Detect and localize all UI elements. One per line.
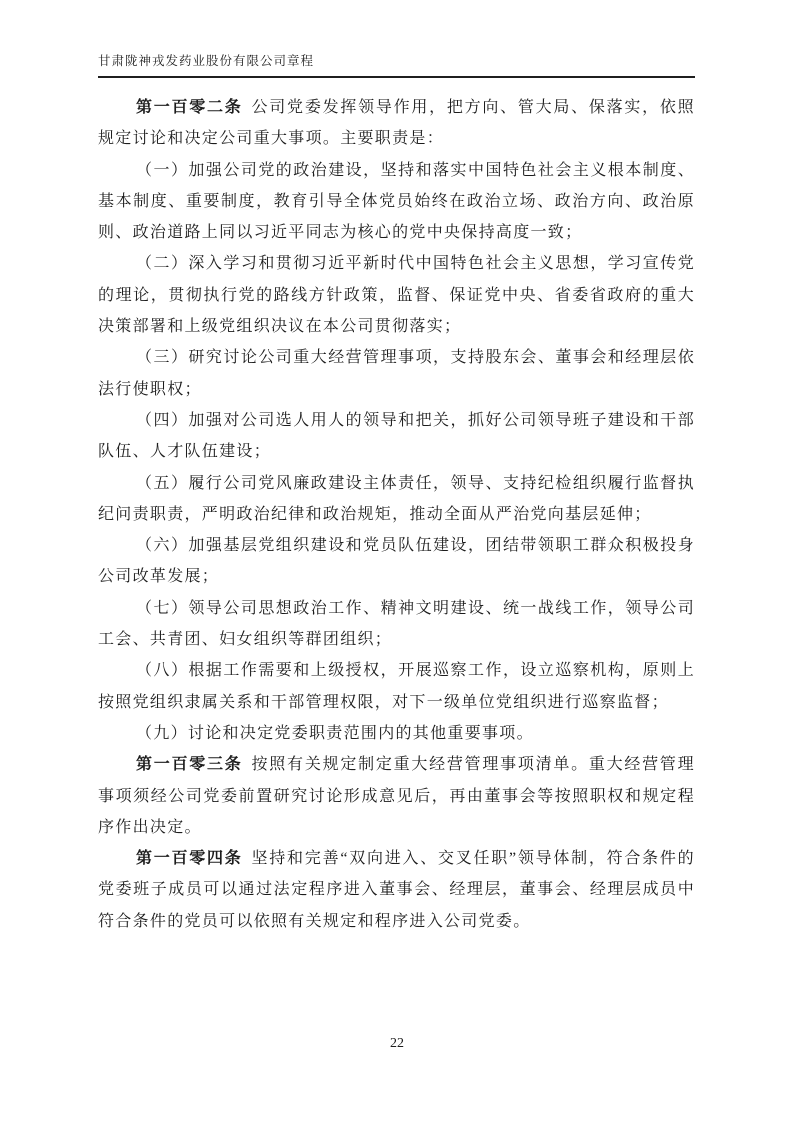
paragraph: （四）加强对公司选人用人的领导和把关，抓好公司领导班子建设和干部队伍、人才队伍建… [98,405,695,468]
paragraph-text: （三）研究讨论公司重大经营管理事项，支持股东会、董事会和经理层依法行使职权； [98,349,695,397]
header-title: 甘肃陇神戎发药业股份有限公司章程 [98,54,314,68]
document-body: 第一百零二条公司党委发挥领导作用，把方向、管大局、保落实，依照规定讨论和决定公司… [98,92,695,937]
paragraph-text: （二）深入学习和贯彻习近平新时代中国特色社会主义思想，学习宣传党的理论，贯彻执行… [98,255,695,335]
paragraph-text: （六）加强基层党组织建设和党员队伍建设，团结带领职工群众积极投身公司改革发展； [98,537,695,585]
paragraph: （五）履行公司党风廉政建设主体责任，领导、支持纪检组织履行监督执纪问责职责，严明… [98,468,695,531]
page-header: 甘肃陇神戎发药业股份有限公司章程 [98,51,695,78]
paragraph: （八）根据工作需要和上级授权，开展巡察工作，设立巡察机构，原则上按照党组织隶属关… [98,655,695,718]
paragraph: 第一百零四条坚持和完善“双向进入、交叉任职”领导体制，符合条件的党委班子成员可以… [98,843,695,937]
paragraph-text: （四）加强对公司选人用人的领导和把关，抓好公司领导班子建设和干部队伍、人才队伍建… [98,412,695,460]
paragraph: （七）领导公司思想政治工作、精神文明建设、统一战线工作，领导公司工会、共青团、妇… [98,593,695,656]
paragraph: 第一百零二条公司党委发挥领导作用，把方向、管大局、保落实，依照规定讨论和决定公司… [98,92,695,155]
paragraph-text: （九）讨论和决定党委职责范围内的其他重要事项。 [136,725,534,742]
article-number: 第一百零二条 [136,99,243,116]
article-number: 第一百零三条 [136,756,243,773]
paragraph: （三）研究讨论公司重大经营管理事项，支持股东会、董事会和经理层依法行使职权； [98,342,695,405]
paragraph: （二）深入学习和贯彻习近平新时代中国特色社会主义思想，学习宣传党的理论，贯彻执行… [98,248,695,342]
paragraph-text: （八）根据工作需要和上级授权，开展巡察工作，设立巡察机构，原则上按照党组织隶属关… [98,662,695,710]
paragraph: （一）加强公司党的政治建设，坚持和落实中国特色社会主义根本制度、基本制度、重要制… [98,155,695,249]
paragraph: 第一百零三条按照有关规定制定重大经营管理事项清单。重大经营管理事项须经公司党委前… [98,749,695,843]
paragraph: （六）加强基层党组织建设和党员队伍建设，团结带领职工群众积极投身公司改革发展； [98,530,695,593]
document-page: 甘肃陇神戎发药业股份有限公司章程 第一百零二条公司党委发挥领导作用，把方向、管大… [0,0,794,1122]
paragraph: （九）讨论和决定党委职责范围内的其他重要事项。 [98,718,695,749]
page-footer: 22 [0,1036,794,1052]
article-number: 第一百零四条 [136,850,243,867]
paragraph-text: （七）领导公司思想政治工作、精神文明建设、统一战线工作，领导公司工会、共青团、妇… [98,600,695,648]
paragraph-text: （一）加强公司党的政治建设，坚持和落实中国特色社会主义根本制度、基本制度、重要制… [98,162,695,242]
page-number: 22 [390,1036,404,1051]
paragraph-text: （五）履行公司党风廉政建设主体责任，领导、支持纪检组织履行监督执纪问责职责，严明… [98,475,695,523]
